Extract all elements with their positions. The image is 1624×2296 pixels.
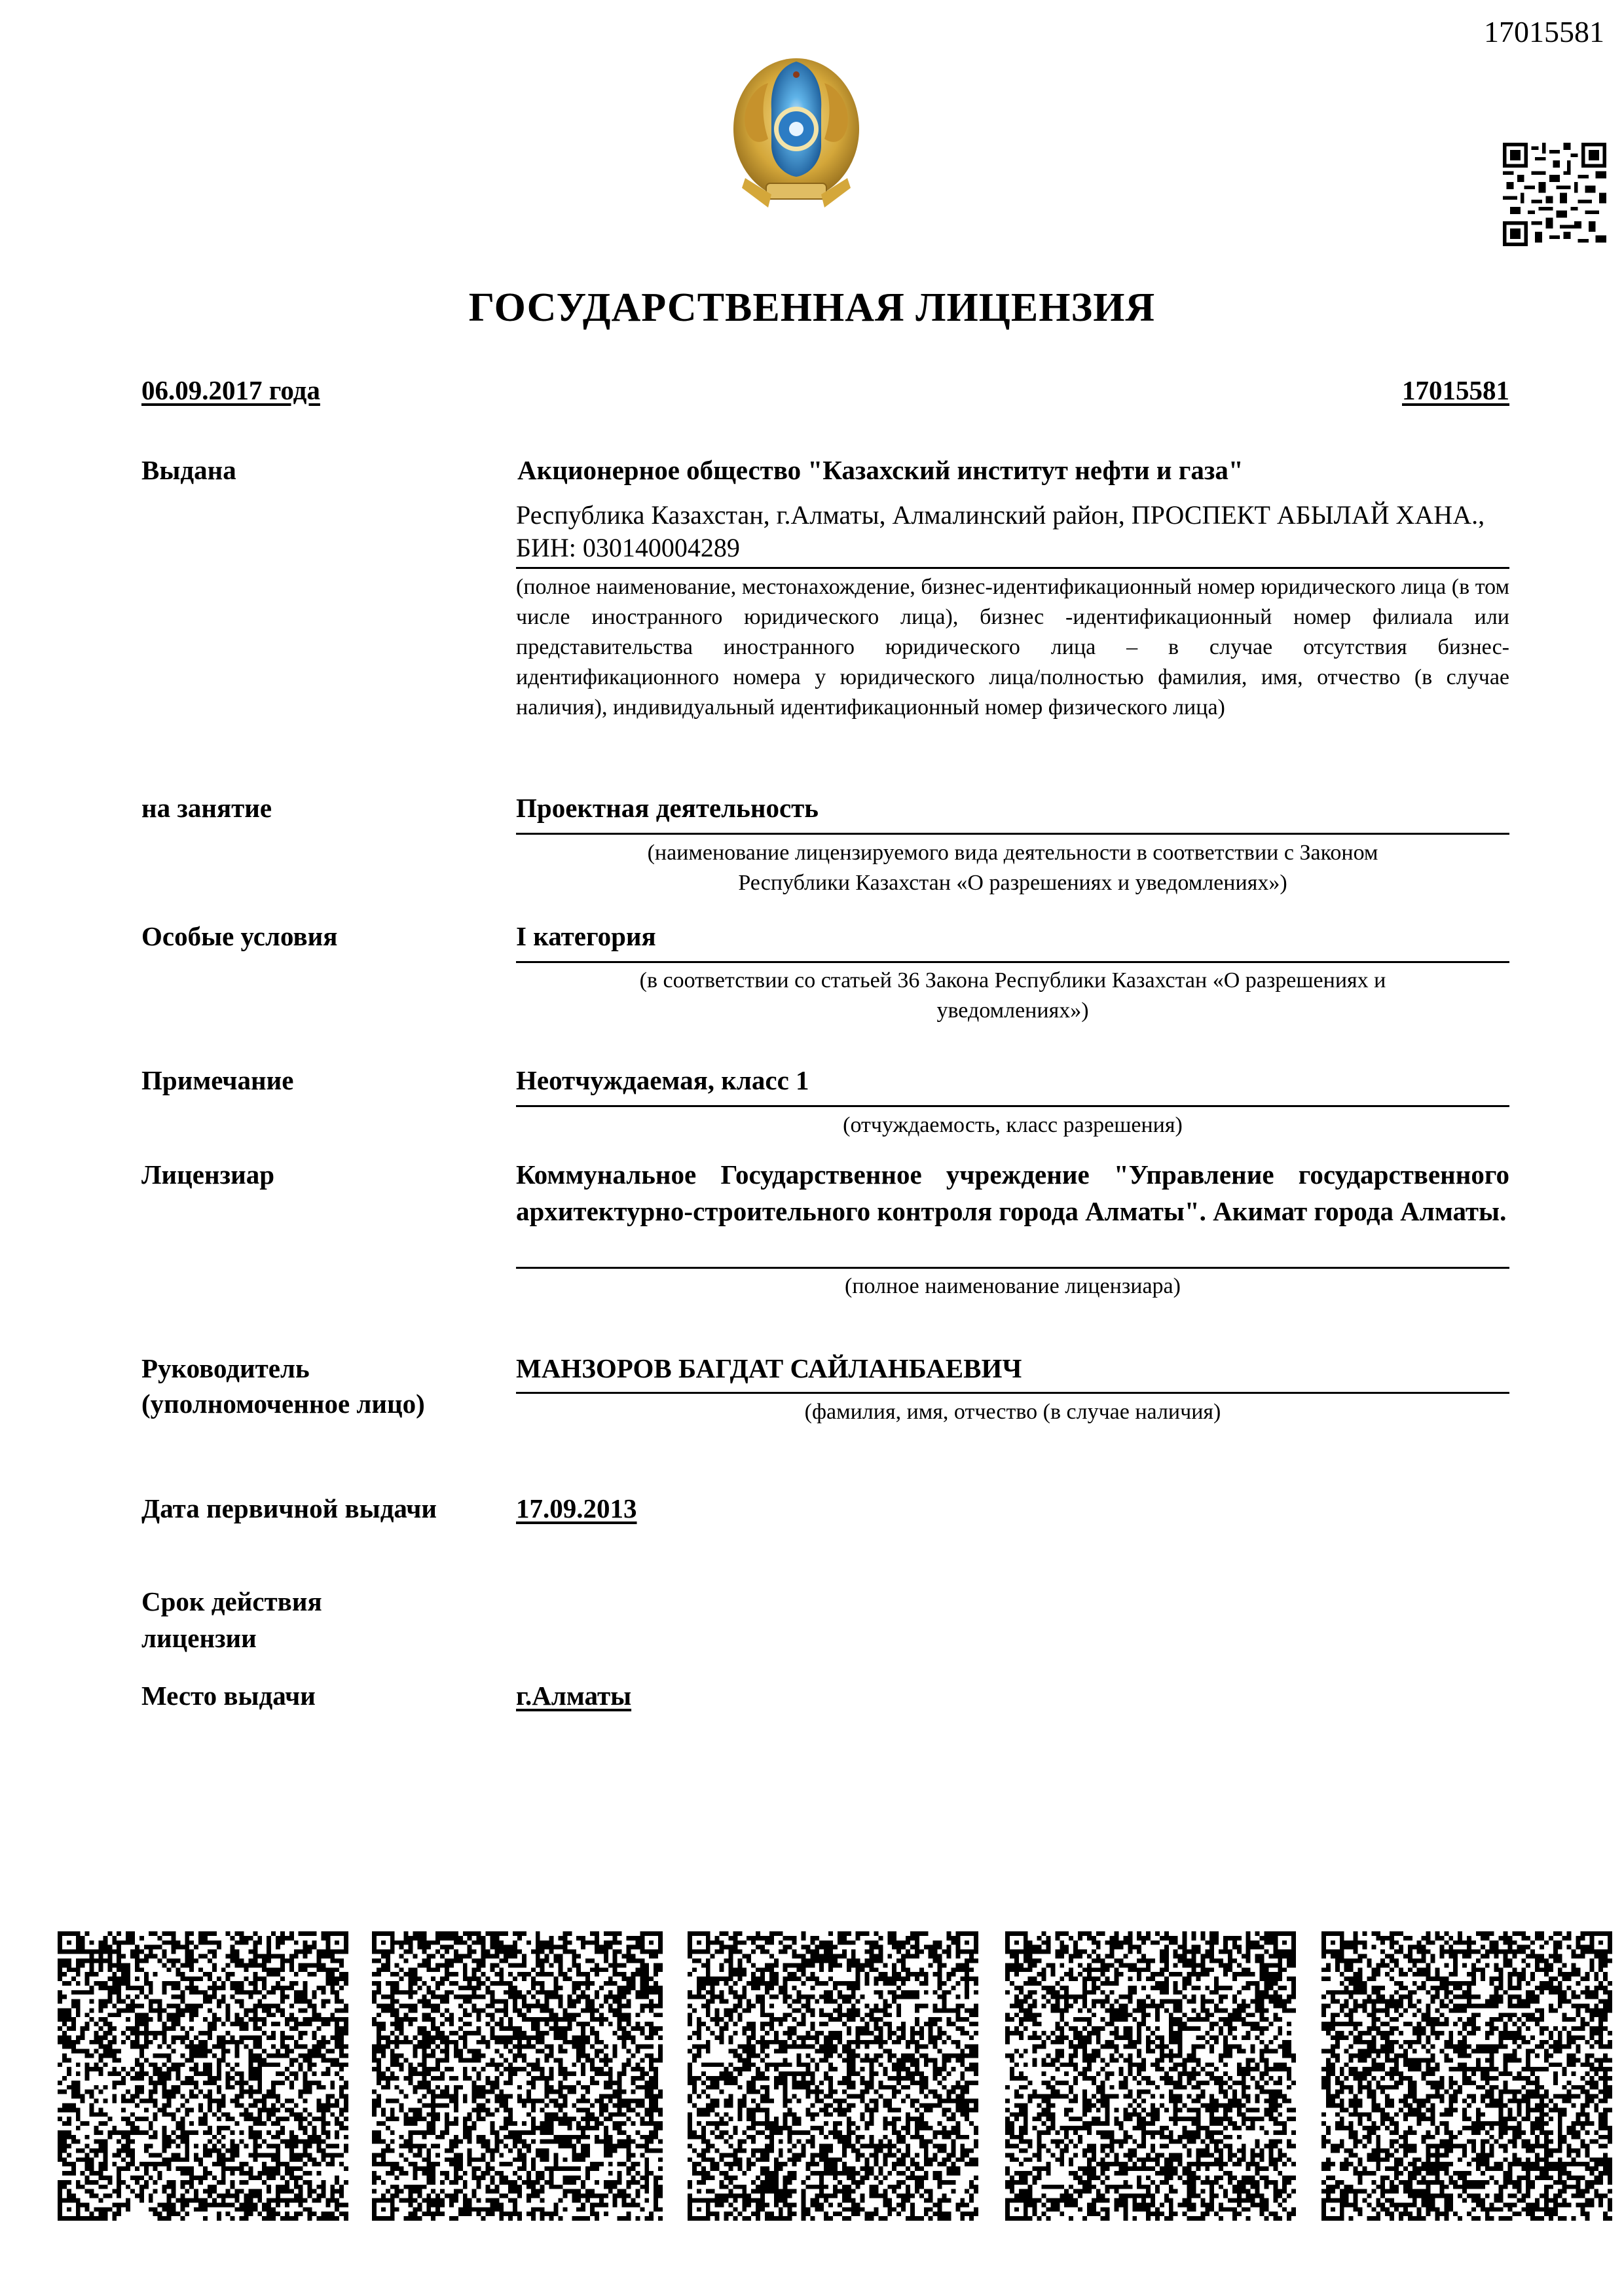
issued-to-hint: (полное наименование, местонахождение, б… xyxy=(516,572,1509,723)
divider xyxy=(516,1392,1509,1394)
special-conditions-hint-line2: уведомлениях») xyxy=(516,996,1509,1026)
head-value: МАНЗОРОВ БАГДАТ САЙЛАНБАЕВИЧ xyxy=(516,1350,1509,1387)
document-number-top: 17015581 xyxy=(1484,14,1604,49)
special-conditions-hint-line1: (в соответствии со статьей 36 Закона Рес… xyxy=(516,966,1509,996)
issued-to-name: Акционерное общество "Казахский институт… xyxy=(517,452,1511,488)
page-title: ГОСУДАРСТВЕННАЯ ЛИЦЕНЗИЯ xyxy=(0,285,1624,331)
first-issue-date-value: 17.09.2013 xyxy=(516,1493,637,1523)
divider xyxy=(516,567,1509,569)
licensor-hint: (полное наименование лицензиара) xyxy=(516,1271,1509,1302)
note-label: Примечание xyxy=(141,1062,294,1099)
qr-code-top xyxy=(1503,143,1606,246)
qr-code-1 xyxy=(58,1931,348,2221)
licensor-value: Коммунальное Государственное учреждение … xyxy=(516,1156,1509,1230)
activity-hint-line2: Республики Казахстан «О разрешениях и ув… xyxy=(516,868,1509,898)
issue-date: 06.09.2017 года xyxy=(141,374,320,406)
head-label-line2: (уполномоченное лицо) xyxy=(141,1385,425,1422)
divider xyxy=(516,1267,1509,1269)
divider xyxy=(516,1105,1509,1107)
activity-hint-line1: (наименование лицензируемого вида деятел… xyxy=(516,838,1509,868)
divider xyxy=(516,961,1509,963)
issued-to-address: Республика Казахстан, г.Алматы, Алмалинс… xyxy=(516,499,1509,564)
place-of-issue-value: г.Алматы xyxy=(516,1681,631,1711)
qr-code-2 xyxy=(372,1931,663,2221)
special-conditions-value: I категория xyxy=(516,918,1509,955)
special-conditions-label: Особые условия xyxy=(141,918,337,955)
activity-value: Проектная деятельность xyxy=(516,790,1509,826)
license-number: 17015581 xyxy=(1402,374,1509,406)
validity-label-line2: лицензии xyxy=(141,1620,257,1656)
divider xyxy=(516,833,1509,835)
note-hint: (отчуждаемость, класс разрешения) xyxy=(516,1110,1509,1140)
licensor-label: Лицензиар xyxy=(141,1156,274,1193)
state-emblem-icon xyxy=(732,47,860,219)
issued-to-label: Выдана xyxy=(141,452,236,488)
head-hint: (фамилия, имя, отчество (в случае наличи… xyxy=(516,1397,1509,1427)
note-value: Неотчуждаемая, класс 1 xyxy=(516,1062,1509,1099)
head-label-line1: Руководитель xyxy=(141,1350,310,1387)
validity-label-line1: Срок действия xyxy=(141,1583,322,1620)
qr-code-4 xyxy=(1005,1931,1296,2221)
place-of-issue-wrap: г.Алматы xyxy=(516,1677,1509,1714)
qr-code-5 xyxy=(1321,1931,1612,2221)
first-issue-date-wrap: 17.09.2013 xyxy=(516,1490,1509,1527)
first-issue-date-label: Дата первичной выдачи xyxy=(141,1490,437,1527)
place-of-issue-label: Место выдачи xyxy=(141,1677,316,1714)
activity-label: на занятие xyxy=(141,790,272,826)
qr-code-3 xyxy=(688,1931,978,2221)
